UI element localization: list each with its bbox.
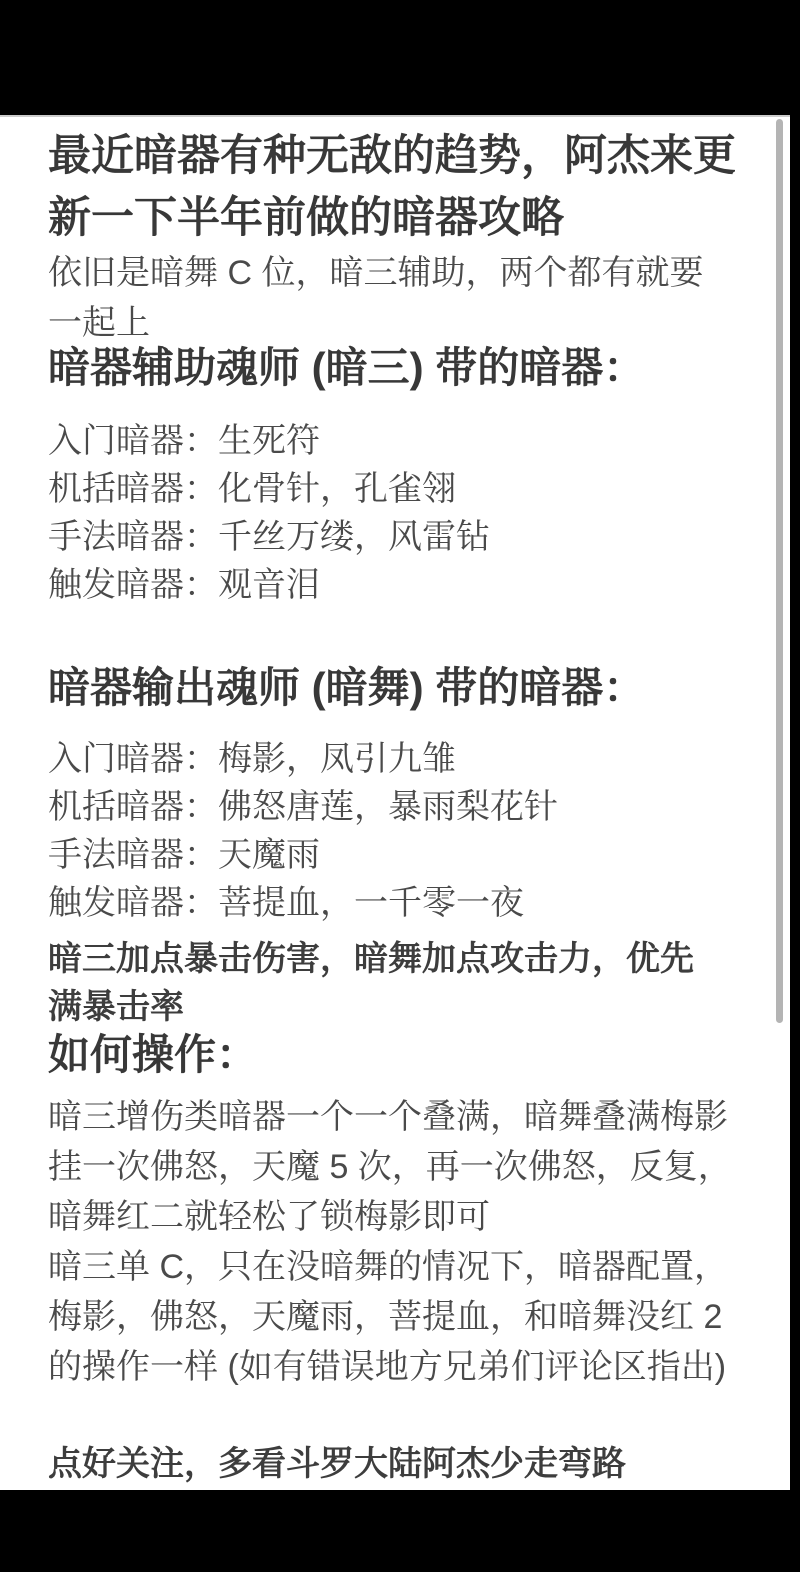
howto-heading: 如何操作： [48, 1026, 258, 1084]
howto-line-5: 梅影，佛怒，天魔雨，菩提血，和暗舞没红 2 [48, 1292, 732, 1342]
section-dps-heading: 暗器输出魂师 (暗舞) 带的暗器： [48, 659, 645, 717]
screenshot-root: 最近暗器有种无敌的趋势，阿杰来更 新一下半年前做的暗器攻略 依旧是暗舞 C 位，… [0, 0, 800, 1572]
post-title-line-2: 新一下半年前做的暗器攻略 [48, 187, 736, 249]
list-item-entry-weapon: 入门暗器：生死符 [48, 417, 490, 465]
list-item-trigger-weapon: 触发暗器：菩提血，一千零一夜 [48, 879, 558, 927]
scrollbar-thumb[interactable] [776, 119, 783, 1023]
list-item-mechanism-weapon: 机括暗器：化骨针，孔雀翎 [48, 465, 490, 513]
list-item-trigger-weapon: 触发暗器：观音泪 [48, 561, 490, 609]
list-item-technique-weapon: 手法暗器：天魔雨 [48, 831, 558, 879]
post-title: 最近暗器有种无敌的趋势，阿杰来更 新一下半年前做的暗器攻略 [48, 125, 736, 249]
stat-note-line-2: 满暴击率 [48, 983, 694, 1031]
howto-line-6: 的操作一样 (如有错误地方兄弟们评论区指出) [48, 1342, 732, 1392]
howto-line-3: 暗舞红二就轻松了锁梅影即可 [48, 1192, 732, 1242]
howto-line-2: 挂一次佛怒，天魔 5 次，再一次佛怒，反复， [48, 1142, 732, 1192]
stat-note-line-1: 暗三加点暴击伤害，暗舞加点攻击力，优先 [48, 935, 694, 983]
intro-paragraph: 依旧是暗舞 C 位，暗三辅助，两个都有就要 一起上 [48, 248, 703, 348]
howto-paragraph: 暗三增伤类暗器一个一个叠满，暗舞叠满梅影 挂一次佛怒，天魔 5 次，再一次佛怒，… [48, 1092, 732, 1392]
list-item-mechanism-weapon: 机括暗器：佛怒唐莲，暴雨梨花针 [48, 783, 558, 831]
letterbox-top [0, 0, 800, 115]
section-support-list: 入门暗器：生死符 机括暗器：化骨针，孔雀翎 手法暗器：千丝万缕，风雷钻 触发暗器… [48, 417, 490, 609]
stat-allocation-note: 暗三加点暴击伤害，暗舞加点攻击力，优先 满暴击率 [48, 935, 694, 1031]
section-dps-list: 入门暗器：梅影，凤引九雏 机括暗器：佛怒唐莲，暴雨梨花针 手法暗器：天魔雨 触发… [48, 735, 558, 927]
follow-call-to-action: 点好关注，多看斗罗大陆阿杰少走弯路 [48, 1440, 626, 1488]
content-panel: 最近暗器有种无敌的趋势，阿杰来更 新一下半年前做的暗器攻略 依旧是暗舞 C 位，… [0, 115, 790, 1490]
howto-line-4: 暗三单 C，只在没暗舞的情况下，暗器配置， [48, 1242, 732, 1292]
list-item-technique-weapon: 手法暗器：千丝万缕，风雷钻 [48, 513, 490, 561]
howto-line-1: 暗三增伤类暗器一个一个叠满，暗舞叠满梅影 [48, 1092, 732, 1142]
section-support-heading: 暗器辅助魂师 (暗三) 带的暗器： [48, 339, 645, 397]
letterbox-bottom [0, 1490, 800, 1572]
post-title-line-1: 最近暗器有种无敌的趋势，阿杰来更 [48, 125, 736, 187]
intro-line-1: 依旧是暗舞 C 位，暗三辅助，两个都有就要 [48, 248, 703, 298]
list-item-entry-weapon: 入门暗器：梅影，凤引九雏 [48, 735, 558, 783]
